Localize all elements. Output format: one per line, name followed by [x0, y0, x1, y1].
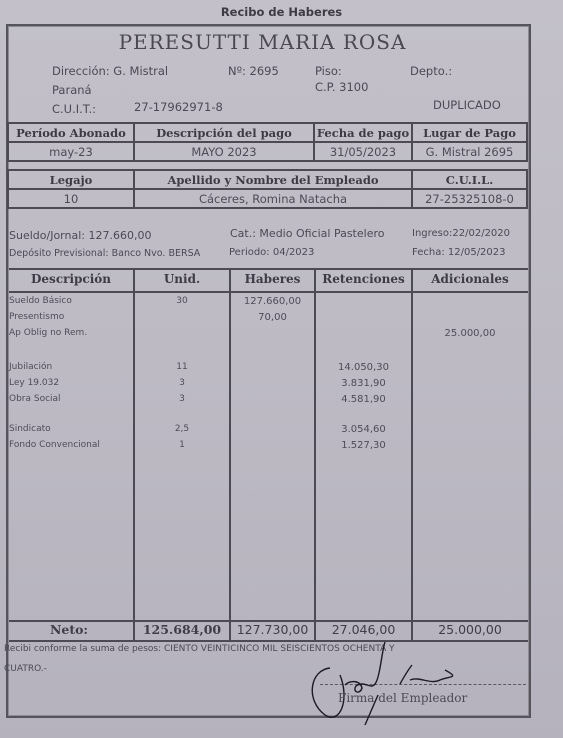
street-number: Nº: 2695	[228, 64, 279, 78]
copy-type: DUPLICADO	[433, 98, 501, 112]
item-description: Presentismo	[9, 312, 133, 322]
item-description: Ap Oblig no Rem.	[9, 328, 133, 338]
header-earnings: Haberes	[231, 272, 314, 286]
earnings-total: 127.730,00	[231, 622, 314, 637]
item-unit: 3	[135, 378, 229, 388]
item-description: Ley 19.032	[9, 378, 133, 388]
hire-date-info: Ingreso:22/02/2020	[412, 228, 510, 239]
employer-name: PERESUTTI MARIA ROSA	[0, 30, 525, 54]
employee-name-value: Cáceres, Romina Natacha	[134, 189, 412, 208]
deposit-info: Depósito Previsional: Banco Nvo. BERSA	[9, 248, 200, 259]
item-unit: 30	[135, 296, 229, 306]
department: Depto.:	[410, 64, 452, 78]
column-divider	[133, 269, 135, 641]
item-description: Sueldo Básico	[9, 296, 133, 306]
net-label: Neto:	[9, 622, 129, 637]
document-title: Recibo de Haberes	[0, 5, 563, 19]
description-value: MAYO 2023	[134, 142, 314, 161]
payment-place-value: G. Mistral 2695	[412, 142, 527, 161]
item-description: Obra Social	[9, 394, 133, 404]
item-earnings: 70,00	[231, 312, 314, 323]
header-employee-name: Apellido y Nombre del Empleado	[134, 170, 412, 189]
item-withholdings: 4.581,90	[316, 394, 411, 405]
legajo-value: 10	[8, 189, 134, 208]
item-withholdings: 3.054,60	[316, 424, 411, 435]
cuit-label: C.U.I.T.:	[52, 102, 96, 116]
header-cuil: C.U.I.L.	[412, 170, 527, 189]
received-amount-line2: CUATRO.-	[4, 664, 47, 674]
additionals-total: 25.000,00	[413, 622, 527, 637]
column-divider	[229, 269, 231, 641]
header-item-description: Descripción	[9, 272, 133, 286]
header-unit: Unid.	[135, 272, 229, 286]
item-description: Fondo Convencional	[9, 440, 133, 450]
item-unit: 11	[135, 362, 229, 372]
column-divider	[314, 269, 316, 641]
items-header-bottom-border	[9, 291, 528, 293]
column-divider	[411, 269, 413, 641]
header-withholdings: Retenciones	[316, 272, 411, 286]
item-description: Sindicato	[9, 424, 133, 434]
item-unit: 3	[135, 394, 229, 404]
floor: Piso:	[315, 64, 342, 78]
items-header-top-border	[9, 268, 528, 270]
salary-info: Sueldo/Jornal: 127.660,00	[9, 229, 151, 242]
date-info: Fecha: 12/05/2023	[412, 247, 506, 258]
header-payment-date: Fecha de pago	[314, 123, 412, 142]
postal-code: C.P. 3100	[315, 80, 368, 94]
item-unit: 2,5	[135, 424, 229, 434]
address: Dirección: G. Mistral	[52, 64, 168, 78]
item-additionals: 25.000,00	[413, 328, 527, 339]
payment-table: Período Abonado Descripción del pago Fec…	[7, 122, 528, 162]
item-withholdings: 3.831,90	[316, 378, 411, 389]
period-info: Periodo: 04/2023	[229, 247, 314, 258]
header-description: Descripción del pago	[134, 123, 314, 142]
period-value: may-23	[8, 142, 134, 161]
signature-label: Firma del Empleador	[338, 691, 467, 705]
item-withholdings: 1.527,30	[316, 440, 411, 451]
category-info: Cat.: Medio Oficial Pastelero	[230, 227, 384, 240]
header-additionals: Adicionales	[413, 272, 527, 286]
payment-date-value: 31/05/2023	[314, 142, 412, 161]
withholdings-total: 27.046,00	[316, 622, 411, 637]
header-legajo: Legajo	[8, 170, 134, 189]
cuil-value: 27-25325108-0	[412, 189, 527, 208]
header-period: Período Abonado	[8, 123, 134, 142]
item-earnings: 127.660,00	[231, 296, 314, 307]
city: Paraná	[52, 83, 92, 97]
item-description: Jubilación	[9, 362, 133, 372]
item-unit: 1	[135, 440, 229, 450]
net-total: 125.684,00	[135, 622, 229, 637]
cuit-value: 27-17962971-8	[134, 100, 223, 114]
signature-scribble-icon	[290, 640, 490, 730]
header-payment-place: Lugar de Pago	[412, 123, 527, 142]
employee-table: Legajo Apellido y Nombre del Empleado C.…	[7, 169, 528, 209]
item-withholdings: 14.050,30	[316, 362, 411, 373]
